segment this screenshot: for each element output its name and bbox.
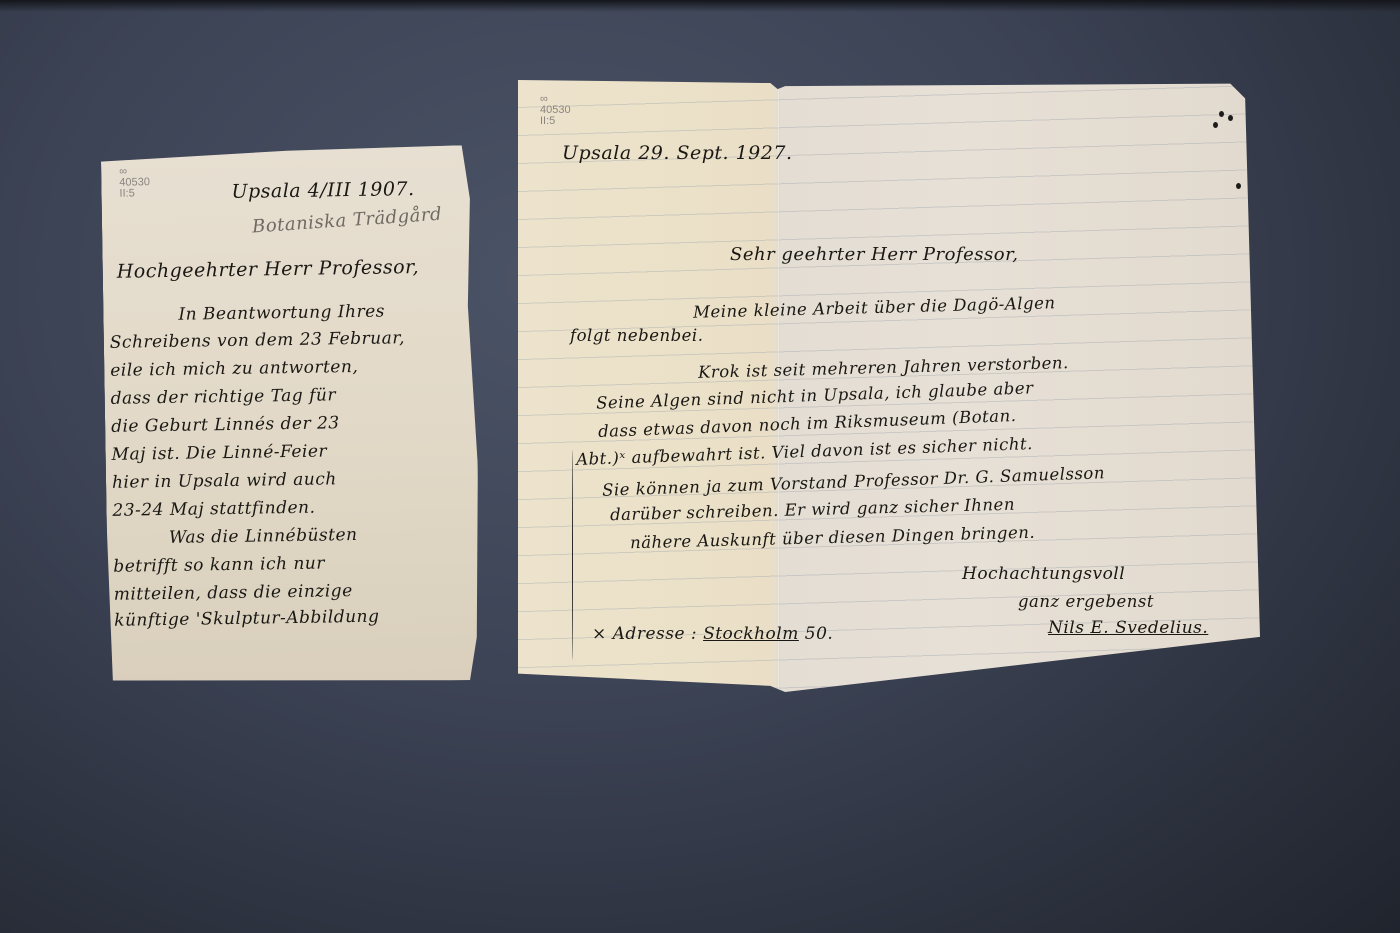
footnote-marker: × [592,624,607,644]
letter-line: Sie können ja zum Vorstand Professor Dr.… [602,463,1105,500]
footnote-label: Adresse : [613,624,698,644]
letter-1927: ∞ 40530 II:5 Upsala 29. Sept. 1927. Sehr… [518,80,1260,692]
archive-stamp: ∞ 40530 II:5 [119,166,150,199]
footnote-city: Stockholm [703,624,799,644]
letter-line: Krok ist seit mehreren Jahren verstorben… [698,353,1069,382]
letter-line: Maj ist. Die Linné-Feier [111,441,327,464]
letter-line: Meine kleine Arbeit über die Dagö-Algen [693,293,1056,321]
signature: Nils E. Svedelius. [1048,618,1208,638]
letter-line: 23-24 Maj stattfinden. [112,498,315,521]
letter-line: darüber schreiben. Er wird ganz sicher I… [610,495,1015,525]
letter-line: die Geburt Linnés der 23 [111,413,340,437]
letter-line: mitteilen, dass die einzige [114,581,353,605]
letter-line: Was die Linnébüsten [169,525,358,548]
archive-stamp: ∞ 40530 II:5 [540,94,571,127]
letter-line: hier in Upsala wird auch [112,469,337,493]
letter-1907: ∞ 40530 II:5 Upsala 4/III 1907. Botanisk… [101,145,481,686]
footnote-number: 50. [805,624,834,644]
closing-line-1: Hochachtungsvoll [962,564,1125,584]
margin-bracket-line [572,450,573,660]
letter-line: eile ich mich zu antworten, [110,357,358,381]
dateline: Upsala 29. Sept. 1927. [562,142,792,164]
archive-stamp-code: II:5 [119,188,150,199]
letter-line: nähere Auskunft über diesen Dingen bring… [630,523,1036,553]
dateline: Upsala 4/III 1907. [231,178,414,203]
letter-line: Schreibens von dem 23 Februar, [110,328,405,353]
letter-line: dass der richtige Tag für [111,385,337,409]
letter-line: Abt.)ˣ aufbewahrt ist. Viel davon ist es… [576,434,1033,469]
photo-top-shadow [0,0,1400,12]
place-note: Botaniska Trädgård [251,204,442,238]
closing-line-2: ganz ergebenst [1018,592,1154,611]
archive-stamp-code: II:5 [540,116,571,127]
letter-line: In Beantwortung Ihres [178,302,385,325]
letter-line: folgt nebenbei. [570,326,703,345]
footnote: × Adresse : Stockholm 50. [592,624,833,644]
letter-line: künftige 'Skulptur-Abbildung [114,607,380,631]
paper-fold [777,80,780,692]
salutation: Sehr geehrter Herr Professor, [730,244,1018,265]
letter-line: betrifft so kann ich nur [113,553,325,576]
salutation: Hochgeehrter Herr Professor, [117,256,420,283]
